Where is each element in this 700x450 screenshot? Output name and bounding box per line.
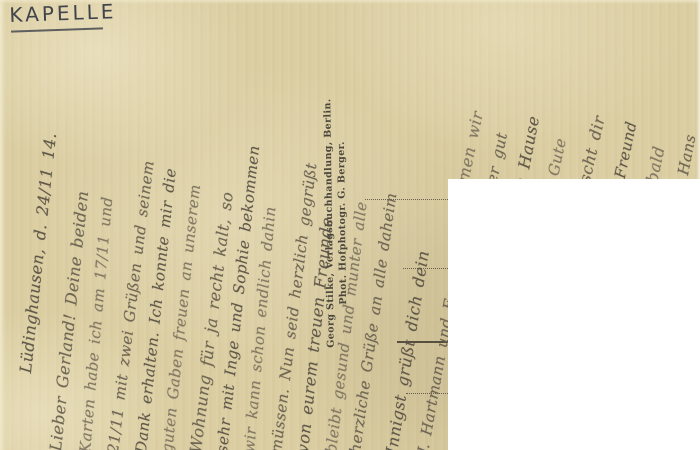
address-rule-dotted-1: [365, 199, 460, 200]
handwriting-line: Karten habe ich am 17/11 und: [76, 68, 128, 450]
handwriting-line: Wohnung für ja recht kalt, so: [186, 27, 257, 450]
handwriting-line: guten Gaben freuen an unserem: [158, 24, 222, 450]
postcard-back-scan: KAPELLE Georg Stilke, Verlagsbuchhandlun…: [0, 0, 700, 450]
paper-edge-left: [0, 0, 6, 450]
handwriting-line: Lieber Gerland! Deine beiden: [46, 92, 103, 450]
handwriting-line: sehr mit Inge und Sophie bekommen: [213, 18, 277, 450]
blank-masked-region: [448, 179, 700, 450]
handstamp-underline: [11, 27, 103, 32]
handwriting-line: Lüdinghausen, d. 24/11 14.: [16, 89, 65, 374]
handstamp-label: KAPELLE: [9, 0, 117, 27]
handwriting-line: 21/11 mit zwei Grüßen und seinem: [104, 23, 176, 450]
handwriting-line: Dank erhalten. Ich konnte mir die: [132, 20, 196, 450]
handwriting-line: wir kann schon endlich dahin: [240, 24, 296, 450]
paper-edge-right: [696, 0, 700, 180]
handwriting-line: herzliche Grüße an alle daheim: [346, 18, 426, 450]
publisher-imprint: Georg Stilke, Verlagsbuchhandlung, Berli…: [321, 98, 352, 348]
